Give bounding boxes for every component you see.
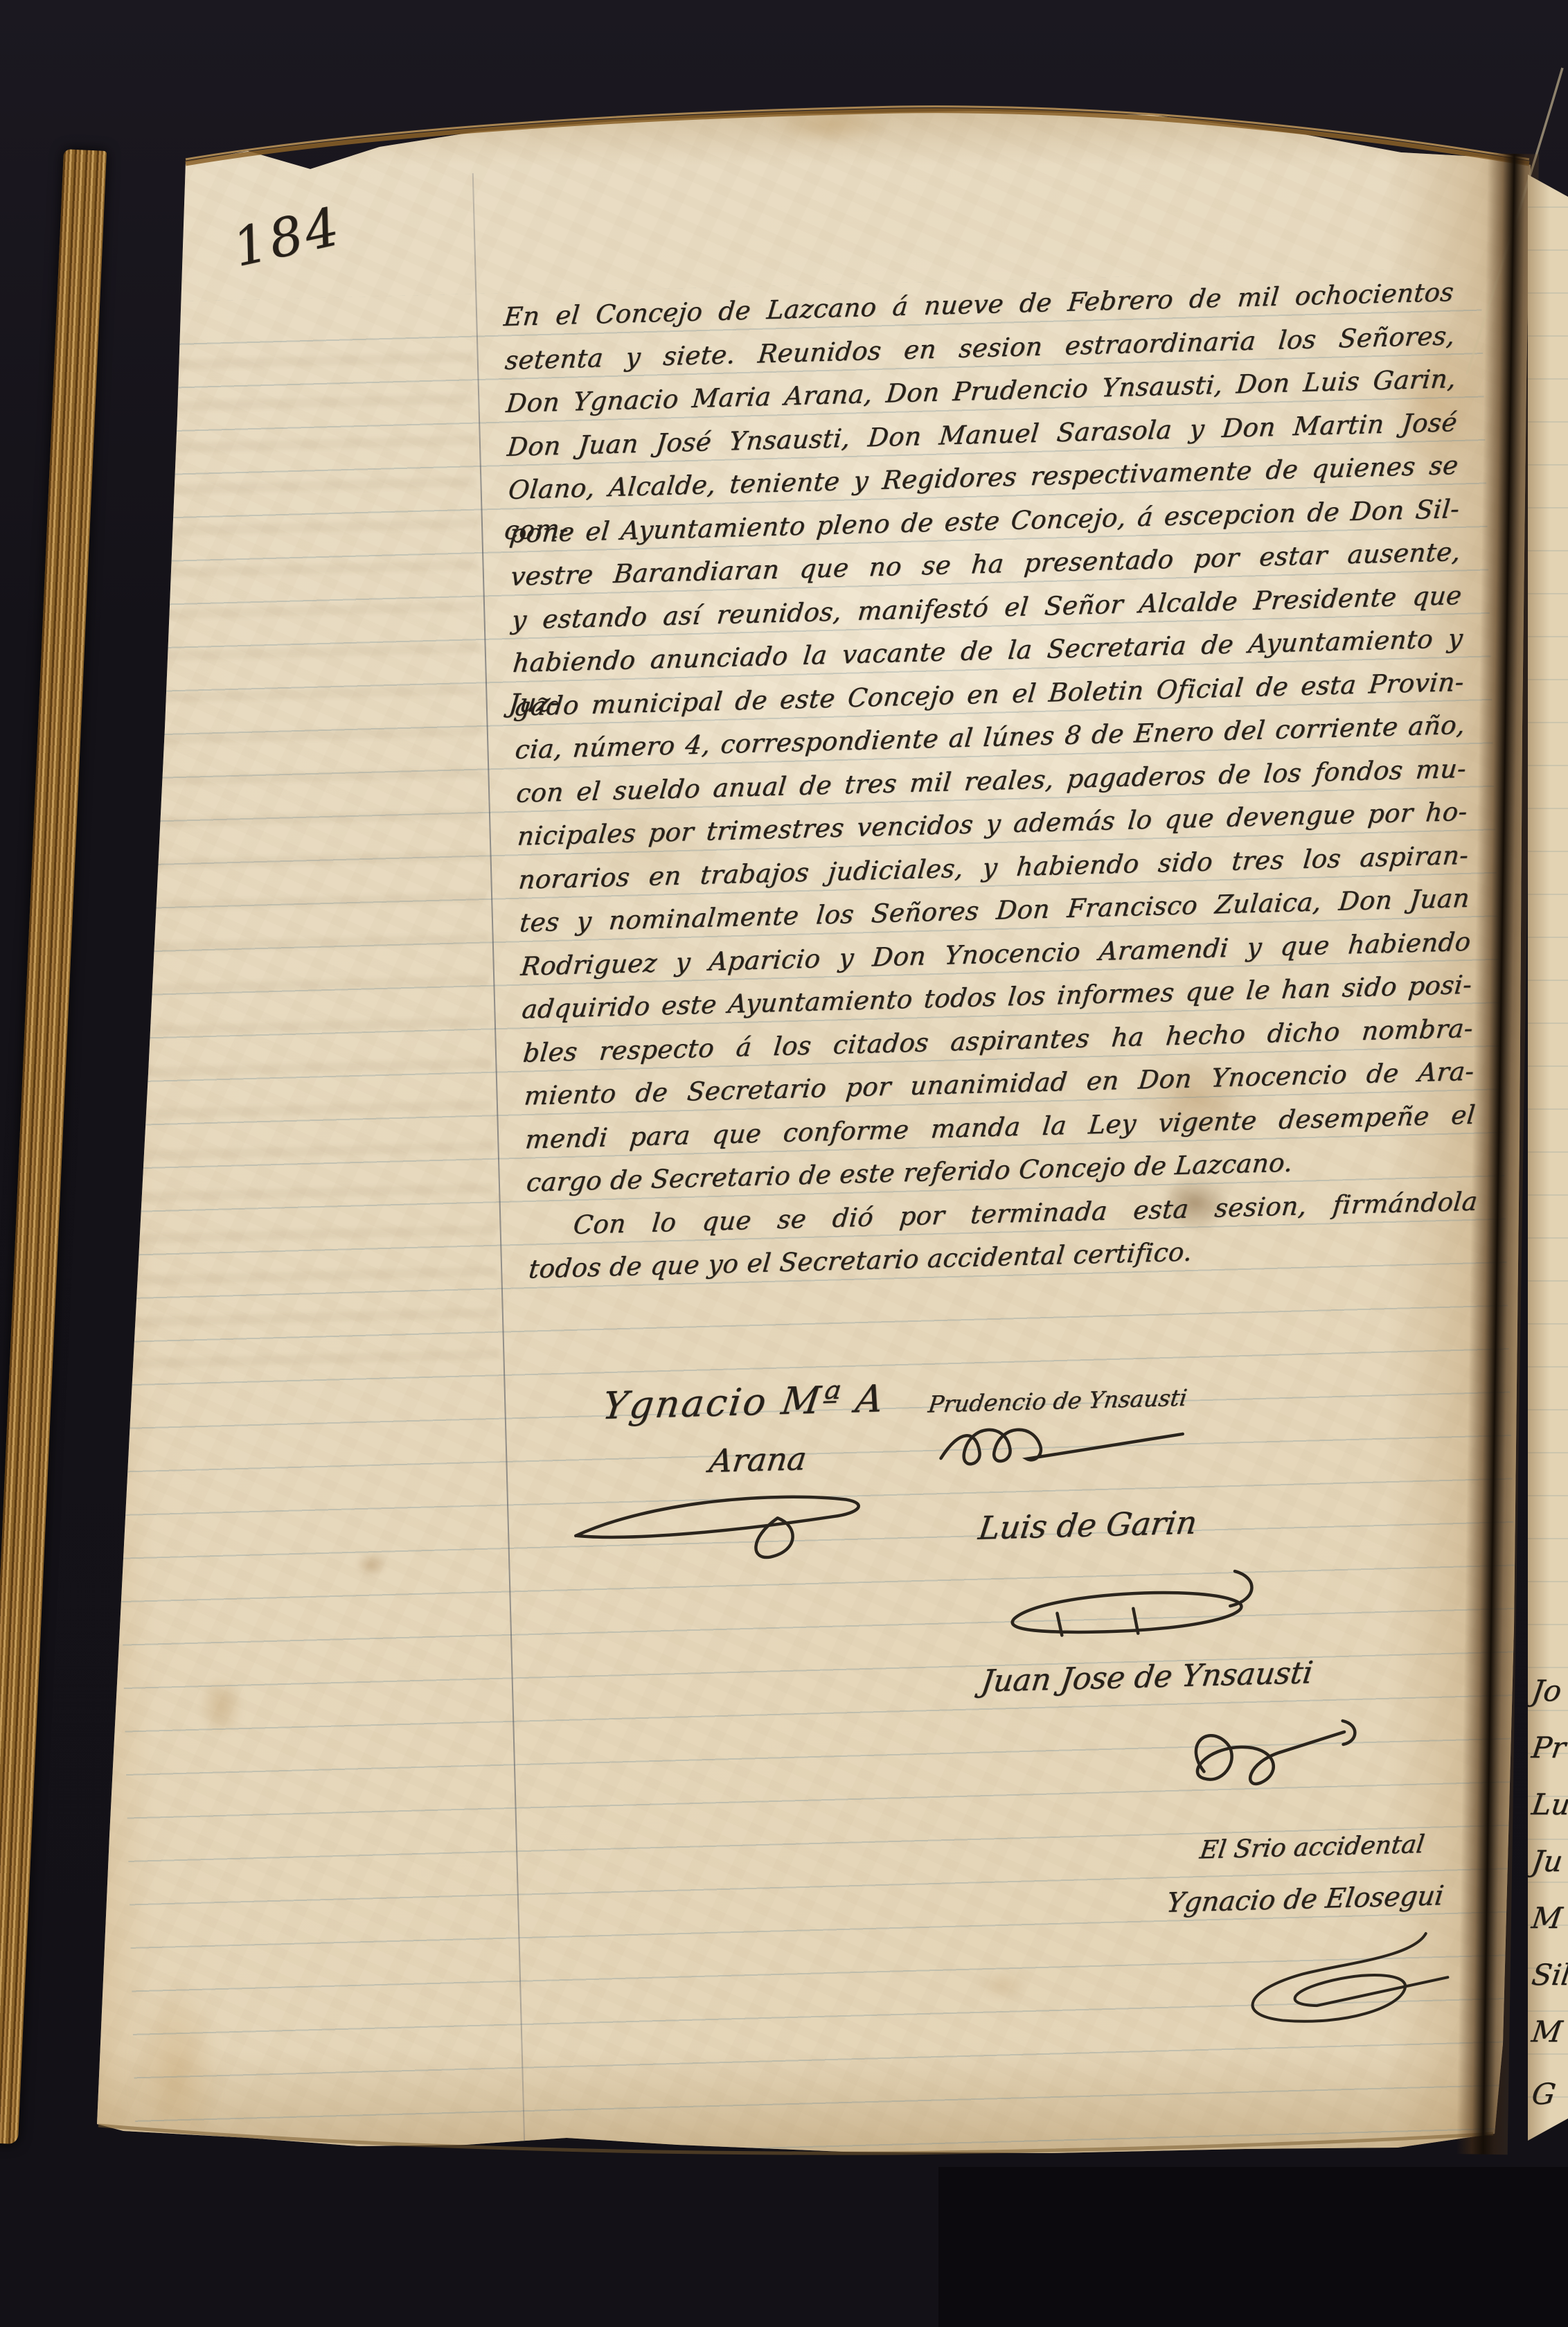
page-number: 184 — [227, 195, 347, 278]
manuscript-photo: 184 En el Concejo de Lazcano á nueve de … — [0, 0, 1568, 2327]
secretary-title: El Srio accidental — [1198, 1830, 1426, 1865]
facing-page-sliver: Jo Pr Lu Ju M Sil M G — [1528, 165, 1568, 2148]
signature-ygnacio-maria-arana-top: Ygnacio Mª A — [600, 1377, 888, 1428]
facing-line-fragment: G — [1528, 2066, 1559, 2123]
facing-line-fragment: Ju — [1528, 1833, 1566, 1890]
facing-line-fragment: Sil — [1528, 1947, 1568, 2003]
signature-rubric — [936, 1415, 1200, 1483]
facing-line-fragment: M — [1528, 1890, 1566, 1947]
facing-line-fragment: Lu — [1528, 1776, 1568, 1833]
facing-line-fragment: Jo — [1528, 1663, 1565, 1719]
backdrop-shadow-block — [938, 2167, 1568, 2327]
signature-rubric — [1177, 1713, 1394, 1800]
signature-luis-de-garin: Luis de Garin — [977, 1503, 1200, 1546]
facing-line-fragment: Pr — [1528, 1719, 1568, 1776]
signature-rubric — [994, 1566, 1280, 1649]
book-page-edge-stack — [0, 149, 107, 2144]
signature-rubric — [569, 1485, 883, 1570]
facing-line-fragment: M — [1528, 2003, 1566, 2060]
page-content-layer: 184 En el Concejo de Lazcano á nueve de … — [55, 85, 1558, 2172]
signature-arana-bottom: Arana — [707, 1440, 809, 1480]
signature-rubric — [1218, 1928, 1484, 2032]
show-through-text — [84, 320, 499, 1369]
act-body: En el Concejo de Lazcano á nueve de Febr… — [503, 272, 1479, 1293]
manuscript-page: 184 En el Concejo de Lazcano á nueve de … — [82, 104, 1531, 2153]
